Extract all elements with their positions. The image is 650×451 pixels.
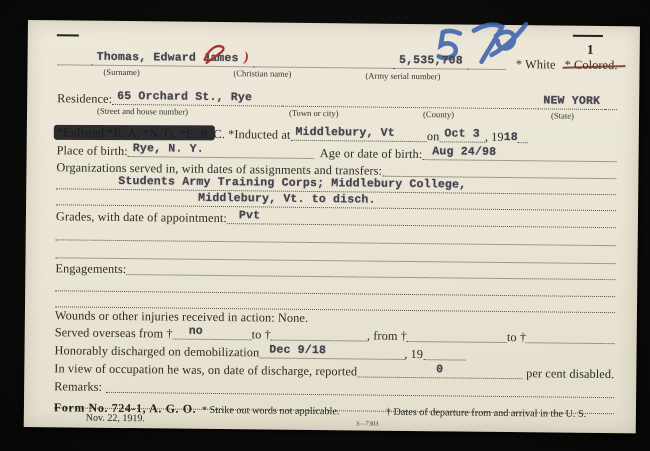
- strike-footnote: * Strike out words not applicable.: [202, 405, 340, 417]
- state-field: NEW YORK: [538, 90, 605, 110]
- leader-line: [407, 341, 507, 343]
- overseas-from1-field: no: [173, 321, 252, 341]
- photo-background: 1 Thomas, Edward James ) 5,535,708: [0, 0, 650, 451]
- top-left-tick: [57, 34, 79, 37]
- grades-label: Grades, with date of appointment:: [56, 210, 227, 225]
- surname-label: (Surname): [103, 68, 139, 77]
- remarks-label: Remarks:: [54, 380, 102, 394]
- state-label: (State): [551, 111, 574, 120]
- race-white-label: * White: [516, 58, 556, 71]
- christian-name-label: (Christian name): [233, 69, 291, 79]
- name-field: Thomas, Edward James ): [92, 47, 254, 68]
- dagger-footnote: † Dates of departure from and arrival in…: [386, 407, 586, 420]
- print-code: 3—7303: [356, 420, 379, 427]
- birth-place-typed: Rye, N. Y.: [133, 142, 204, 156]
- serial-number-label: (Army serial number): [365, 72, 440, 82]
- residence-label: Residence:: [57, 92, 112, 106]
- state-typed: NEW YORK: [543, 94, 600, 108]
- top-right-tick: [573, 35, 603, 38]
- overseas-from1-typed: no: [189, 325, 203, 338]
- red-paren-mark: ): [242, 50, 250, 67]
- age-field: Aug 24/98: [422, 141, 617, 162]
- town-label: (Town or city): [289, 109, 339, 119]
- county-label: (County): [423, 110, 454, 119]
- age-typed: Aug 24/98: [432, 145, 496, 159]
- name-row: Thomas, Edward James ) 5,535,708 * White…: [58, 51, 618, 72]
- disability-label: In view of occupation he was, on date of…: [54, 362, 357, 378]
- disability-typed: 0: [436, 363, 443, 376]
- grades-field: Pvt: [227, 205, 616, 228]
- blank-line: [56, 226, 616, 247]
- inducted-date-typed: Oct 3: [444, 127, 480, 140]
- disability-suffix: per cent disabled.: [526, 367, 614, 381]
- inducted-place-typed: Middlebury, Vt: [295, 126, 395, 140]
- form-date: Nov. 22, 1919.: [86, 413, 145, 425]
- leader-line: [58, 64, 92, 65]
- overseas-to2-label: to †: [507, 331, 526, 344]
- grades-typed: Pvt: [239, 209, 260, 222]
- serial-typed: 5,535,708: [399, 54, 463, 68]
- organizations-typed2: Middlebury, Vt. to disch.: [198, 192, 376, 207]
- name-typed: Thomas, Edward James: [97, 51, 239, 65]
- discharge-date-typed: Dec 9/18: [269, 344, 326, 358]
- age-label: Age or date of birth:: [320, 147, 423, 161]
- birth-place-field: Rye, N. Y.: [128, 138, 314, 159]
- street-field: 65 Orchard St., Rye: [112, 86, 282, 107]
- discharge-label: Honorably discharged on demobilization: [54, 344, 259, 359]
- discharge-row: Honorably discharged on demobilization D…: [54, 342, 614, 363]
- page-number: 1: [587, 42, 594, 58]
- birth-place-label: Place of birth:: [57, 144, 128, 158]
- service-record-card: 1 Thomas, Edward James ) 5,535,708: [24, 20, 640, 433]
- serial-field: 5,535,708: [394, 50, 468, 70]
- leader-line: [605, 109, 617, 110]
- leader-line: [526, 342, 615, 344]
- race-colored-label-struck: * Colored.: [565, 59, 618, 73]
- street-typed: 65 Orchard St., Rye: [117, 90, 252, 104]
- overseas-from1-label: Served overseas from †: [55, 326, 173, 340]
- leader-line: [468, 69, 506, 70]
- grades-row: Grades, with date of appointment: Pvt: [56, 208, 616, 229]
- inducted-date-field: Oct 3: [439, 123, 485, 142]
- discharge-date-field: Dec 9/18: [259, 339, 404, 360]
- street-label: (Street and house number): [97, 107, 188, 117]
- engagements-label: Engagements:: [55, 262, 126, 276]
- disability-row: In view of occupation he was, on date of…: [54, 360, 614, 381]
- disability-field: 0: [357, 358, 522, 379]
